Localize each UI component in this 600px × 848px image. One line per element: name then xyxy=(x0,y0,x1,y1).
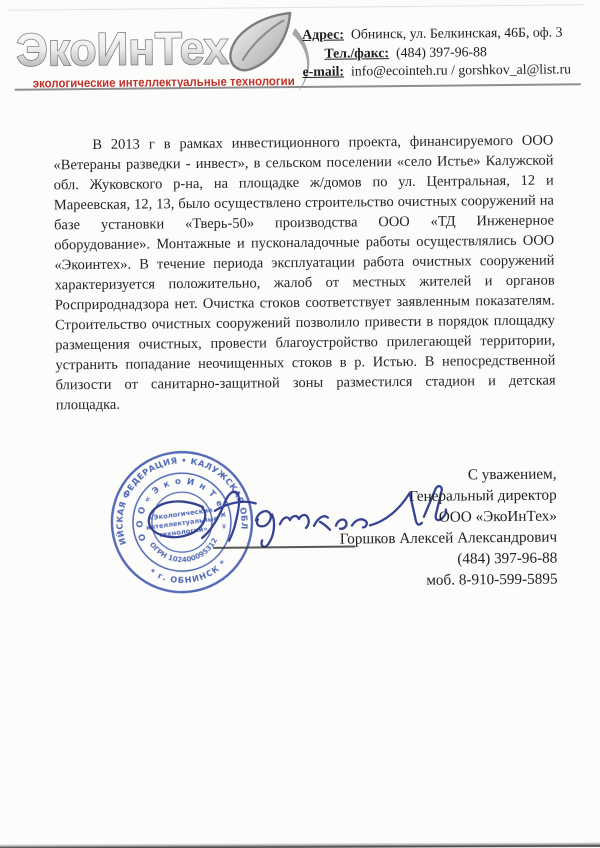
scanned-letter-page: ЭкоИнТех экологические интеллектуальные … xyxy=(0,0,600,848)
address-value: Обнинск, ул. Белкинская, 46Б, оф. 3 xyxy=(351,24,563,41)
contact-block: Адрес:Обнинск, ул. Белкинская, 46Б, оф. … xyxy=(302,23,591,82)
scan-edge-bottom xyxy=(0,842,600,848)
address-row: Адрес:Обнинск, ул. Белкинская, 46Б, оф. … xyxy=(302,23,590,44)
logo-brand-text: ЭкоИнТех xyxy=(16,22,229,76)
signoff-line: ООО «ЭкоИнТех» xyxy=(339,506,557,529)
signoff-block: С уважением, Генеральный директор ООО «Э… xyxy=(339,465,558,593)
signoff-line: моб. 8-910-599-5895 xyxy=(340,569,558,592)
letter-content: ЭкоИнТех экологические интеллектуальные … xyxy=(0,0,600,848)
phone-value: (484) 397-96-88 xyxy=(396,44,487,60)
email-label: e-mail: xyxy=(303,64,345,79)
signoff-line: Генеральный директор xyxy=(339,485,557,508)
signoff-line: (484) 397-96-88 xyxy=(340,548,558,571)
letter-body: В 2013 г в рамках инвестиционного проект… xyxy=(53,131,556,416)
signoff-line: С уважением, xyxy=(339,465,557,488)
address-label: Адрес: xyxy=(302,27,344,42)
phone-label: Тел./факс: xyxy=(324,45,389,61)
signoff-line: Горшков Алексей Александрович xyxy=(340,527,558,550)
email-row: e-mail:info@ecointeh.ru / gorshkov_al@li… xyxy=(303,60,591,81)
email-value: info@ecointeh.ru / gorshkov_al@list.ru xyxy=(351,62,571,79)
